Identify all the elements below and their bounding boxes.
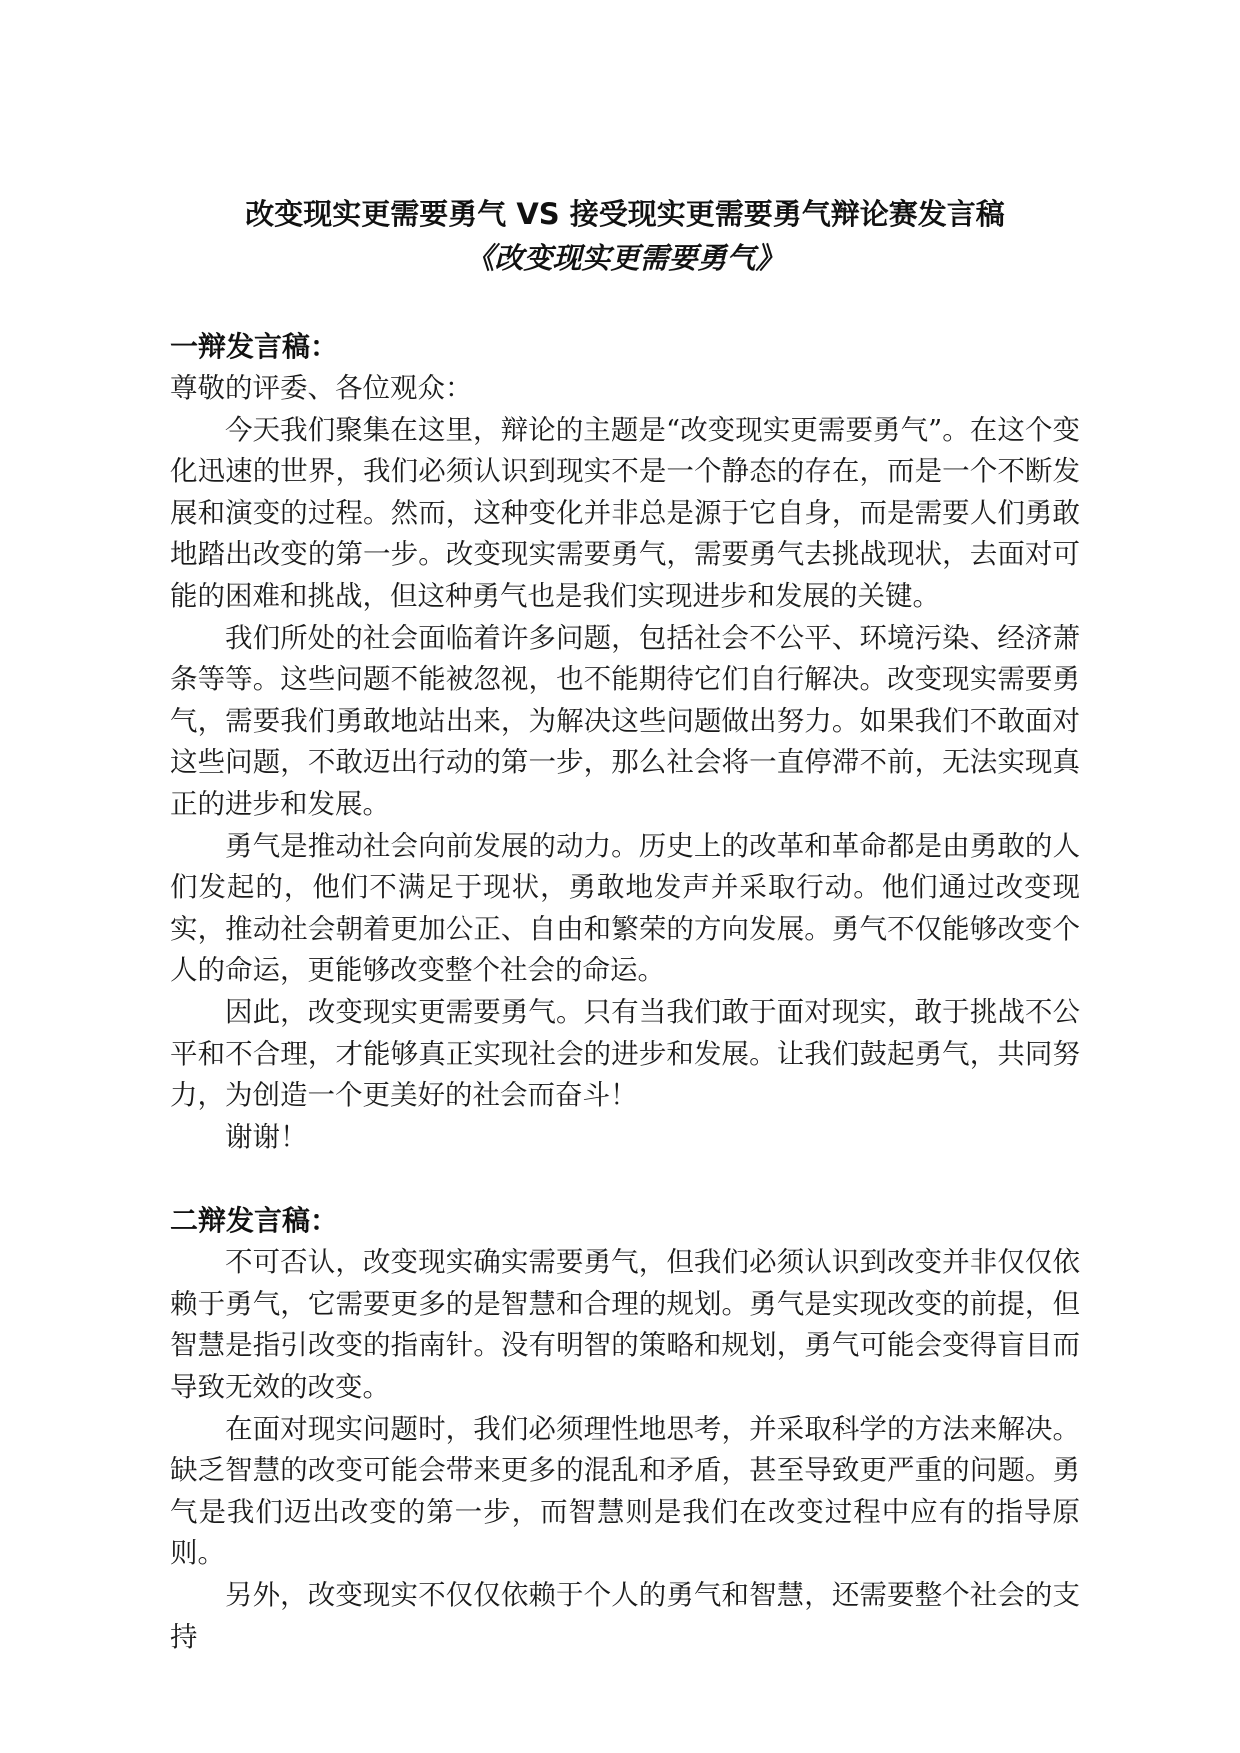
document-subtitle: 《改变现实更需要勇气》: [170, 236, 1080, 280]
document-title: 改变现实更需要勇气 VS 接受现实更需要勇气辩论赛发言稿: [170, 192, 1080, 236]
title-spacer: [170, 280, 1080, 326]
salutation-paragraph: 尊敬的评委、各位观众：: [170, 368, 1080, 410]
body-paragraph: 不可否认，改变现实确实需要勇气，但我们必须认识到改变并非仅仅依赖于勇气，它需要更…: [170, 1242, 1080, 1408]
document-page: 改变现实更需要勇气 VS 接受现实更需要勇气辩论赛发言稿 《改变现实更需要勇气》…: [0, 0, 1240, 1753]
body-paragraph: 因此，改变现实更需要勇气。只有当我们敢于面对现实，敢于挑战不公平和不合理，才能够…: [170, 992, 1080, 1117]
body-paragraph: 我们所处的社会面临着许多问题，包括社会不公平、环境污染、经济萧条等等。这些问题不…: [170, 618, 1080, 826]
section-first-speaker: 一辩发言稿： 尊敬的评委、各位观众： 今天我们聚集在这里，辩论的主题是“改变现实…: [170, 326, 1080, 1158]
body-paragraph: 在面对现实问题时，我们必须理性地思考，并采取科学的方法来解决。缺乏智慧的改变可能…: [170, 1409, 1080, 1575]
section-spacer: [170, 1158, 1080, 1200]
section-second-speaker: 二辩发言稿： 不可否认，改变现实确实需要勇气，但我们必须认识到改变并非仅仅依赖于…: [170, 1200, 1080, 1658]
section-heading-second-speaker: 二辩发言稿：: [170, 1200, 1080, 1242]
body-paragraph: 勇气是推动社会向前发展的动力。历史上的改革和革命都是由勇敢的人们发起的，他们不满…: [170, 826, 1080, 992]
body-paragraph-truncated: 另外，改变现实不仅仅依赖于个人的勇气和智慧，还需要整个社会的支持: [170, 1575, 1080, 1658]
body-paragraph: 今天我们聚集在这里，辩论的主题是“改变现实更需要勇气”。在这个变化迅速的世界，我…: [170, 410, 1080, 618]
closing-thanks-paragraph: 谢谢！: [170, 1117, 1080, 1159]
section-heading-first-speaker: 一辩发言稿：: [170, 326, 1080, 368]
